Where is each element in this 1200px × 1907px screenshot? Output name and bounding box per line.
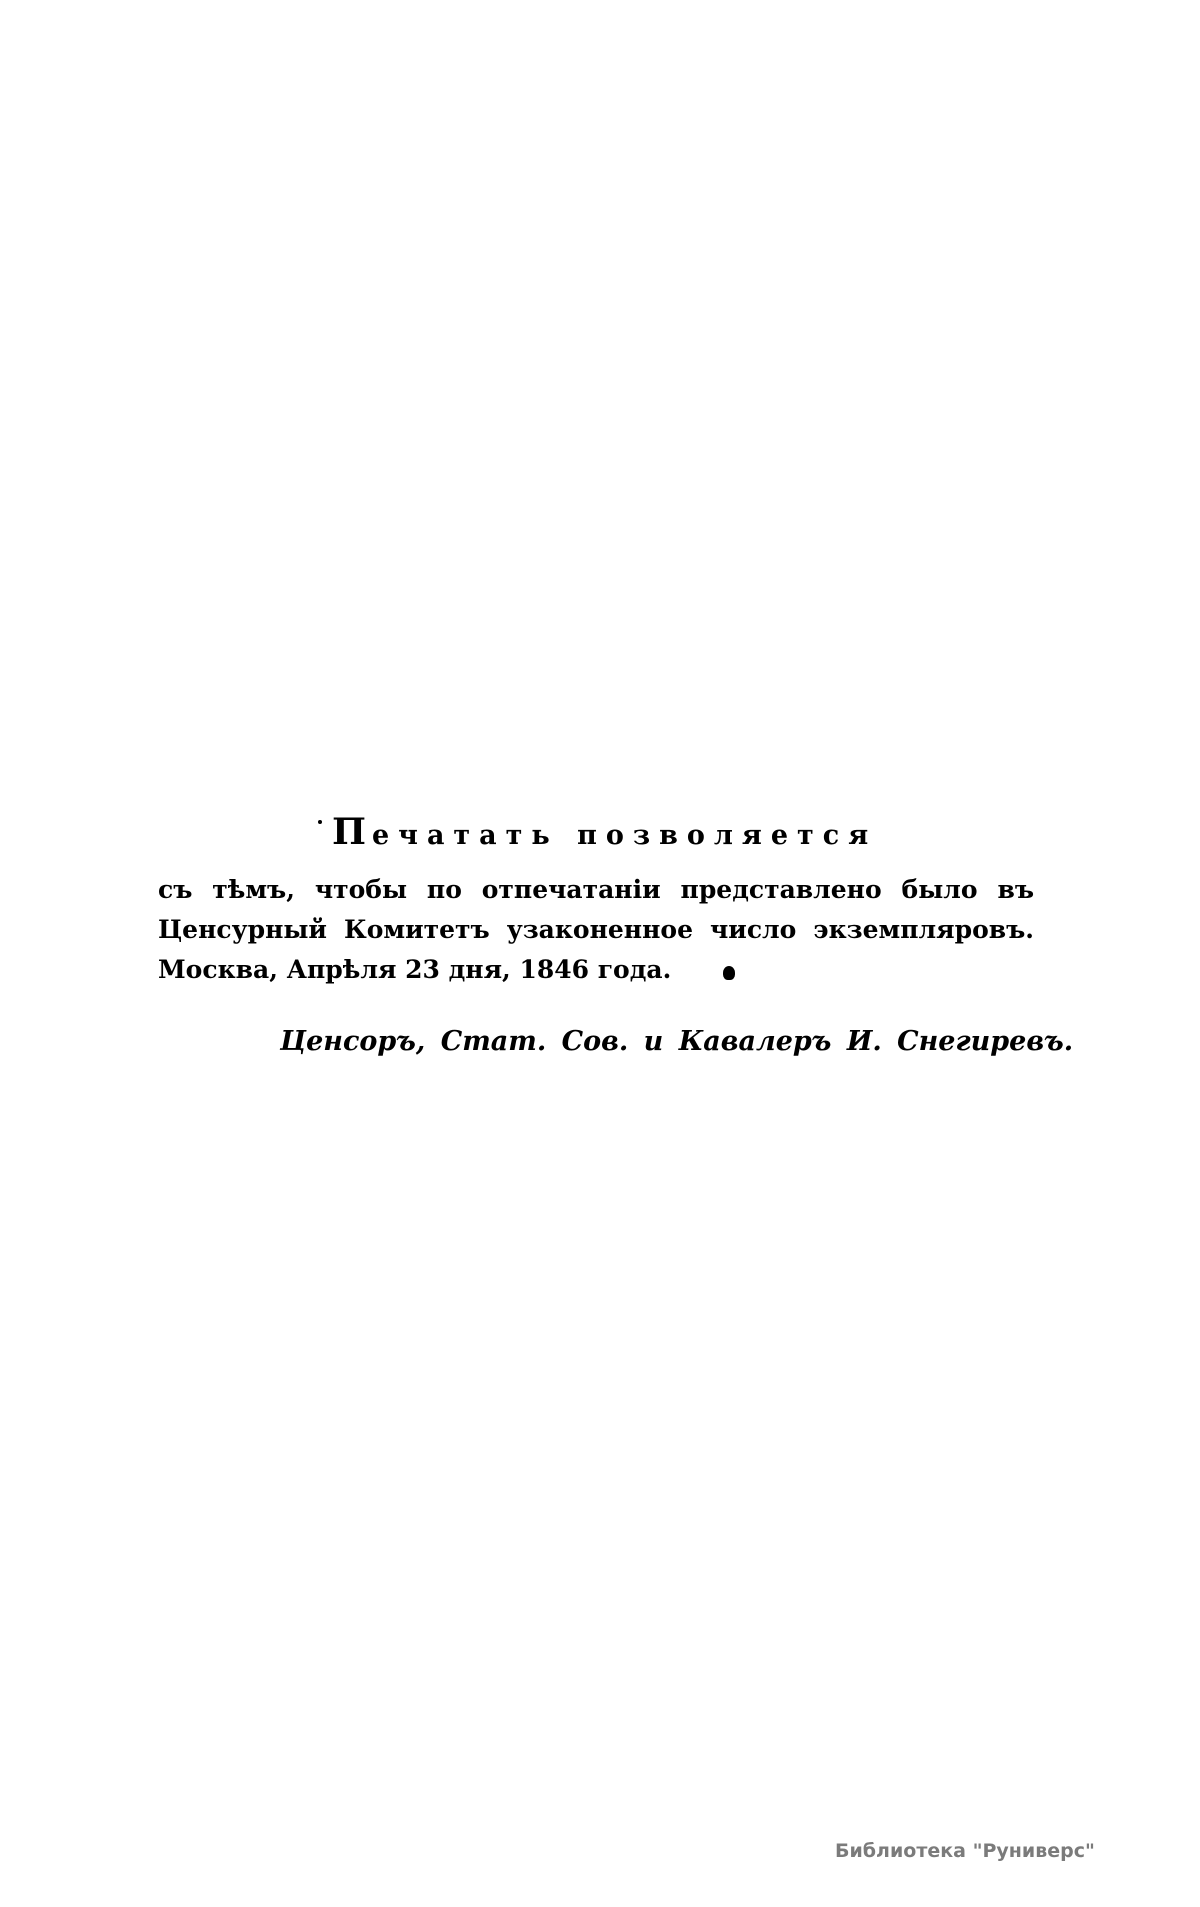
body-line-3-text: Москва, Апрѣля 23 дня, 1846 года.: [158, 955, 671, 984]
censor-signature: Ценсоръ, Стат. Сов. и Кавалеръ И. Снегир…: [280, 1020, 1000, 1064]
library-watermark: Библиотека "Руниверс": [835, 1840, 1095, 1862]
body-line-1: съ тѣмъ, чтобы по отпечатаніи представле…: [158, 870, 1034, 910]
body-line-2: Ценсурный Комитетъ узаконенное число экз…: [158, 910, 1034, 950]
censorship-heading: Печатать позволяется: [332, 812, 872, 856]
body-line-3: Москва, Апрѣля 23 дня, 1846 года.: [158, 950, 1034, 990]
censorship-body: съ тѣмъ, чтобы по отпечатаніи представле…: [158, 870, 1034, 990]
document-page: Печатать позволяется съ тѣмъ, чтобы по о…: [0, 0, 1200, 1907]
heading-dot-mark: [318, 820, 322, 824]
ink-blot-mark: [723, 966, 735, 980]
heading-initial: П: [332, 811, 372, 853]
heading-rest: ечатать позволяется: [372, 820, 877, 851]
